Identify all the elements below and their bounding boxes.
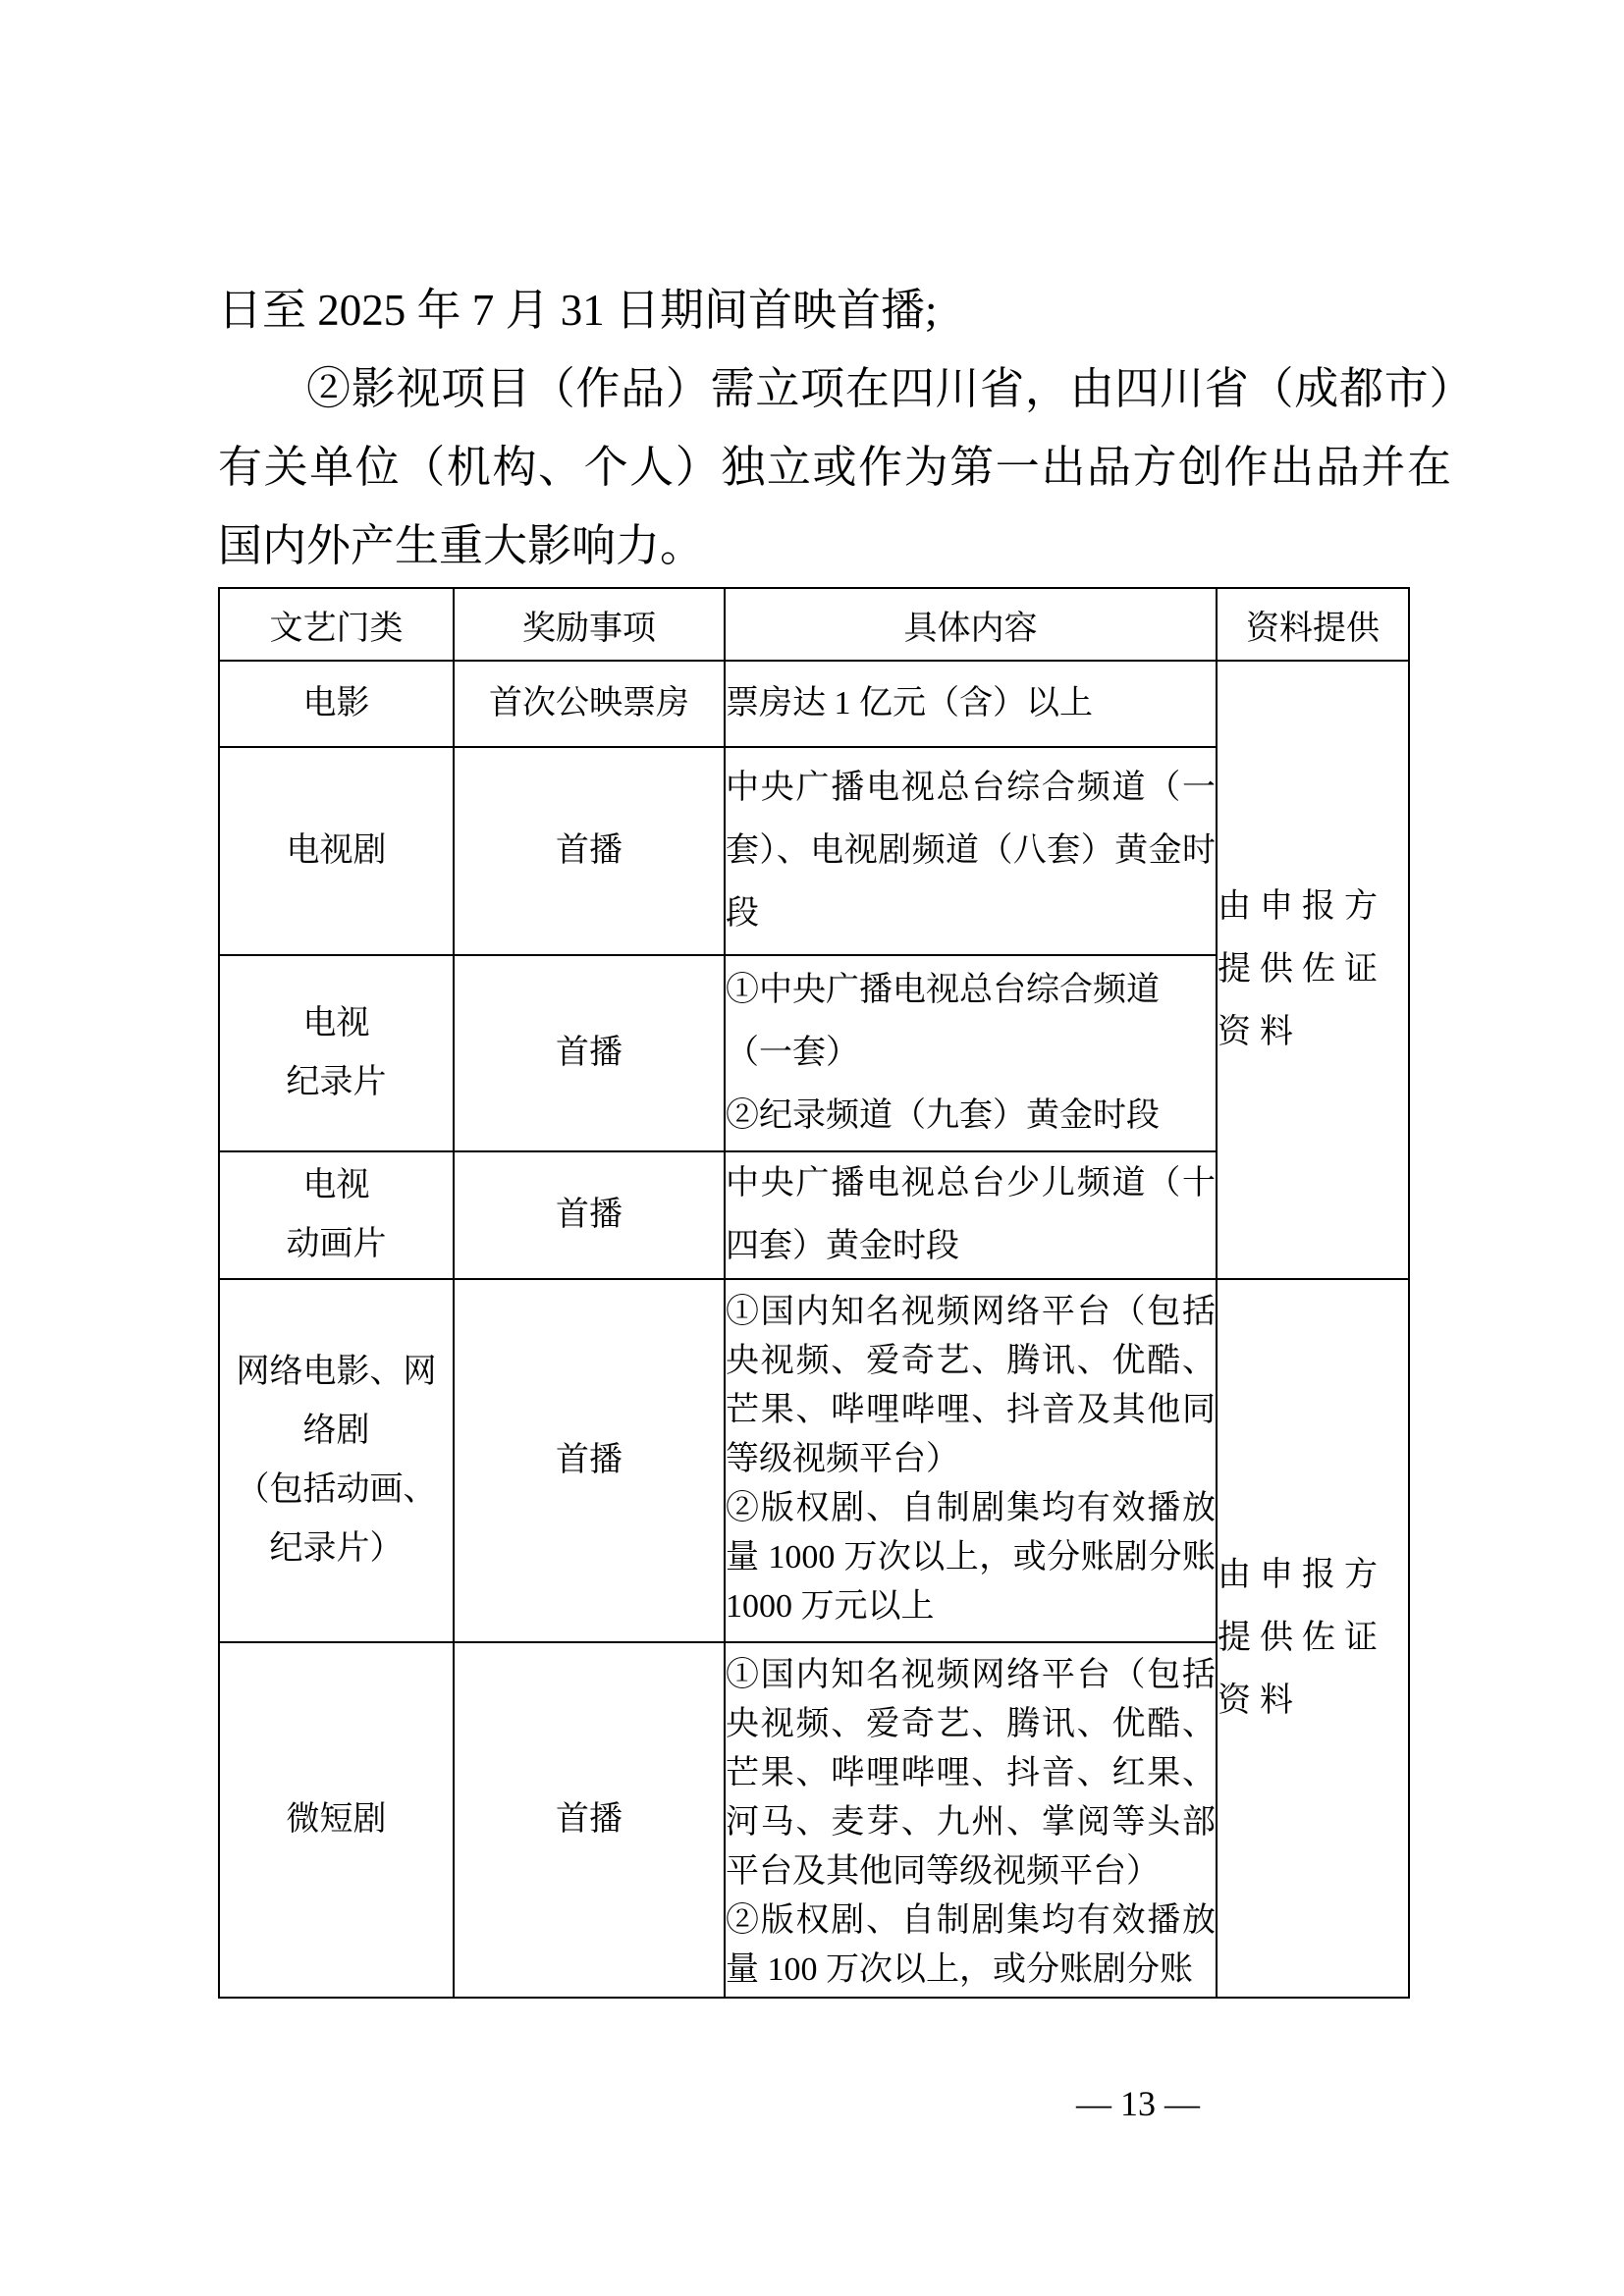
cell-evidence-group-2: 由申报方 提供佐证 资料: [1217, 1279, 1409, 1998]
cell-category-tv-drama: 电视剧: [219, 747, 454, 955]
table-row: 电影 首次公映票房 票房达 1 亿元（含）以上 由申报方 提供佐证 资料: [219, 661, 1409, 747]
cell-award-tv-documentary: 首播: [454, 955, 725, 1151]
cell-detail-tv-drama: 中央广播电视总台综合频道（一套）、电视剧频道（八套）黄金时段: [725, 747, 1217, 955]
header-detail: 具体内容: [725, 588, 1217, 661]
cell-category-tv-documentary: 电视 纪录片: [219, 955, 454, 1151]
cell-detail-film: 票房达 1 亿元（含）以上: [725, 661, 1217, 747]
cell-award-tv-animation: 首播: [454, 1151, 725, 1279]
cell-award-tv-drama: 首播: [454, 747, 725, 955]
paragraph-main: ②影视项目（作品）需立项在四川省，由四川省（成都市）有关单位（机构、个人）独立或…: [218, 349, 1451, 585]
cell-category-web-film: 网络电影、网 络剧 （包括动画、 纪录片）: [219, 1279, 454, 1642]
table-row: 网络电影、网 络剧 （包括动画、 纪录片） 首播 ①国内知名视频网络平台（包括央…: [219, 1279, 1409, 1642]
cell-award-micro-drama: 首播: [454, 1642, 725, 1998]
award-criteria-table: 文艺门类 奖励事项 具体内容 资料提供 电影 首次公映票房 票房达 1 亿元（含…: [218, 587, 1410, 1999]
table-header-row: 文艺门类 奖励事项 具体内容 资料提供: [219, 588, 1409, 661]
cell-detail-tv-animation: 中央广播电视总台少儿频道（十四套）黄金时段: [725, 1151, 1217, 1279]
cell-evidence-group-1: 由申报方 提供佐证 资料: [1217, 661, 1409, 1279]
cell-award-film: 首次公映票房: [454, 661, 725, 747]
document-page: { "page": { "paragraph_continuation": "日…: [0, 0, 1624, 2296]
cell-detail-web-film: ①国内知名视频网络平台（包括央视频、爱奇艺、腾讯、优酷、芒果、哔哩哔哩、抖音及其…: [725, 1279, 1217, 1642]
cell-detail-micro-drama: ①国内知名视频网络平台（包括央视频、爱奇艺、腾讯、优酷、芒果、哔哩哔哩、抖音、红…: [725, 1642, 1217, 1998]
paragraph-continuation: 日至 2025 年 7 月 31 日期间首映首播;: [218, 271, 1451, 349]
page-number: — 13 —: [1076, 2083, 1200, 2124]
cell-detail-tv-documentary: ①中央广播电视总台综合频道 （一套） ②纪录频道（九套）黄金时段: [725, 955, 1217, 1151]
header-evidence: 资料提供: [1217, 588, 1409, 661]
cell-category-micro-drama: 微短剧: [219, 1642, 454, 1998]
page-body: 日至 2025 年 7 月 31 日期间首映首播; ②影视项目（作品）需立项在四…: [218, 271, 1451, 1999]
cell-award-web-film: 首播: [454, 1279, 725, 1642]
cell-category-film: 电影: [219, 661, 454, 747]
cell-category-tv-animation: 电视 动画片: [219, 1151, 454, 1279]
header-category: 文艺门类: [219, 588, 454, 661]
header-award-item: 奖励事项: [454, 588, 725, 661]
